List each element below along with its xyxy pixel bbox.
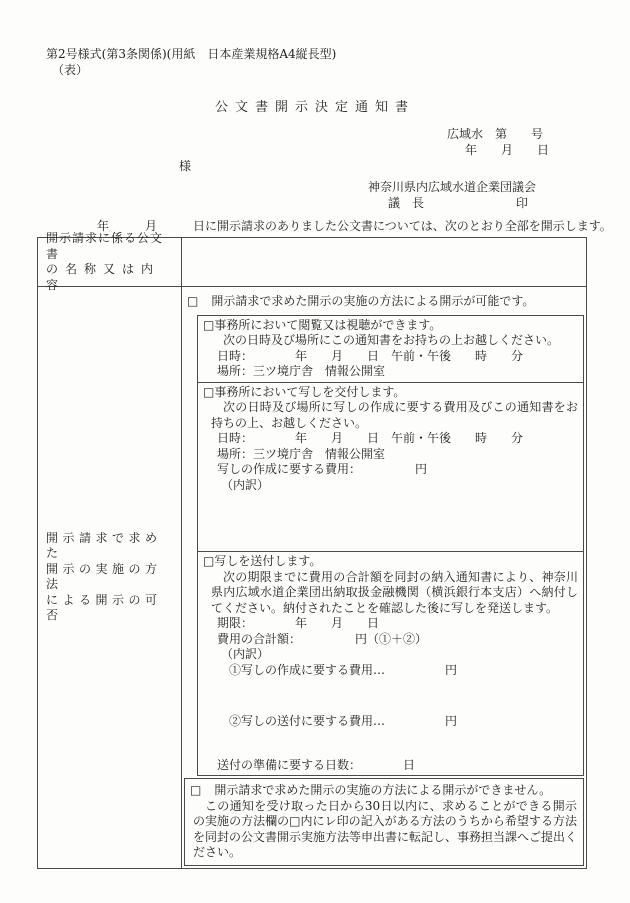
table-row: 開示請求で求めた 開示の実施の方法 による開示の可否 □ 開示請求で求めた開示の…: [38, 287, 586, 868]
option-mail-deadline: 期限： 年 月 日: [203, 616, 578, 632]
disclosure-impossible-line: □ 開示請求で求めた開示の実施の方法による開示ができません。: [185, 779, 583, 799]
checkbox-copy-at-office[interactable]: □: [203, 385, 214, 399]
organization-name: 神奈川県内広域水道企業団議会: [368, 180, 536, 196]
disclosure-impossible-note: この通知を受け取った日から30日以内に、求めることができる開示の実施の方法欄の□…: [185, 799, 583, 863]
option-copy-breakdown: （内訳）: [203, 478, 578, 494]
option-title-line: □事務所において閲覧又は視聴ができます。: [203, 318, 578, 334]
table-row: 開示請求に係る公文書 の名称又は内容: [38, 238, 586, 287]
intro-sentence: 年 月 日に開示請求のありました公文書については、次のとおり全部を開示します。: [97, 219, 612, 235]
document-title: 公文書開示決定通知書: [0, 100, 630, 116]
row1-value-cell[interactable]: [182, 238, 586, 286]
row1-header-line1: 開示請求に係る公文書: [46, 231, 173, 262]
option-mail-days: 送付の準備に要する日数： 日: [203, 758, 578, 774]
option-view-datetime: 日時： 年 月 日 午前・午後 時 分: [203, 349, 578, 365]
row1-header-cell: 開示請求に係る公文書 の名称又は内容: [38, 238, 182, 286]
option-copy-by-mail: □写しを送付します。 次の期限までに費用の合計額を同封の納入通知書により、神奈川…: [198, 552, 583, 775]
document-number-line: 広域水 第 号: [447, 127, 543, 143]
checkbox-disclosure-possible[interactable]: □: [187, 294, 198, 310]
row2-header-cell: 開示請求で求めた 開示の実施の方法 による開示の可否: [38, 287, 182, 868]
option-copy-at-office: □事務所において写しを交付します。 次の日時及び場所に写しの作成に要する費用及び…: [198, 383, 583, 553]
document-page: 第2号様式(第3条関係)(用紙 日本産業規格A4縦長型) （表） 公文書開示決定…: [0, 0, 630, 903]
row2-value-cell: □ 開示請求で求めた開示の実施の方法による開示が可能です。 □事務所において閲覧…: [182, 287, 586, 868]
option-mail-breakdown: （内訳）: [203, 647, 578, 663]
implementation-options-box: □事務所において閲覧又は視聴ができます。 次の日時及び場所にこの通知書をお持ちの…: [197, 315, 584, 777]
option-view-note: 次の日時及び場所にこの通知書をお持ちの上お越しください。: [203, 333, 578, 349]
row2-header-line3: による開示の可否: [46, 593, 173, 624]
option-copy-datetime: 日時： 年 月 日 午前・午後 時 分: [203, 431, 578, 447]
disclosure-possible-line: □ 開示請求で求めた開示の実施の方法による開示が可能です。: [182, 287, 586, 315]
option-copy-cost: 写しの作成に要する費用： 円: [203, 462, 578, 478]
option-copy-place: 場所：三ツ境庁舎 情報公開室: [203, 447, 578, 463]
option-mail-title: 写しを送付します。: [214, 554, 321, 568]
option-mail-total: 費用の合計額： 円（①＋②）: [203, 632, 578, 648]
signer-title: 議 長: [388, 196, 424, 212]
disclosure-table: 開示請求に係る公文書 の名称又は内容 開示請求で求めた 開示の実施の方法 による…: [37, 237, 587, 869]
disclosure-impossible-label: 開示請求で求めた開示の実施の方法による開示ができません。: [214, 783, 551, 799]
row2-header-line2: 開示の実施の方法: [46, 562, 173, 593]
option-title-line: □写しを送付します。: [203, 554, 578, 570]
checkbox-disclosure-impossible[interactable]: □: [190, 783, 201, 799]
option-view-at-office: □事務所において閲覧又は視聴ができます。 次の日時及び場所にこの通知書をお持ちの…: [198, 316, 583, 383]
option-view-place: 場所：三ツ境庁舎 情報公開室: [203, 364, 578, 380]
option-title-line: □事務所において写しを交付します。: [203, 385, 578, 401]
option-mail-note: 次の期限までに費用の合計額を同封の納入通知書により、神奈川県内広域水道企業団出納…: [203, 570, 578, 617]
option-copy-note: 次の日時及び場所に写しの作成に要する費用及びこの通知書をお持ちの上、お越しくださ…: [203, 400, 578, 431]
option-mail-item1: ①写しの作成に要する費用… 円: [203, 663, 578, 679]
seal-mark: 印: [516, 196, 528, 212]
form-number: 第2号様式(第3条関係)(用紙 日本産業規格A4縦長型): [46, 47, 336, 63]
disclosure-possible-label: 開示請求で求めた開示の実施の方法による開示が可能です。: [211, 294, 534, 310]
checkbox-copy-by-mail[interactable]: □: [203, 554, 214, 568]
option-view-title: 事務所において閲覧又は視聴ができます。: [214, 318, 441, 332]
option-copy-title: 事務所において写しを交付します。: [214, 385, 405, 399]
checkbox-view-at-office[interactable]: □: [203, 318, 214, 332]
disclosure-impossible-box: □ 開示請求で求めた開示の実施の方法による開示ができません。 この通知を受け取っ…: [184, 778, 584, 866]
document-date-line: 年 月 日: [465, 143, 549, 159]
side-label: （表）: [52, 63, 88, 79]
recipient-suffix: 様: [179, 159, 191, 175]
row2-header-line1: 開示請求で求めた: [46, 531, 173, 562]
option-mail-item2: ②写しの送付に要する費用… 円: [203, 714, 578, 730]
signer-line: 議 長 印: [388, 196, 528, 212]
